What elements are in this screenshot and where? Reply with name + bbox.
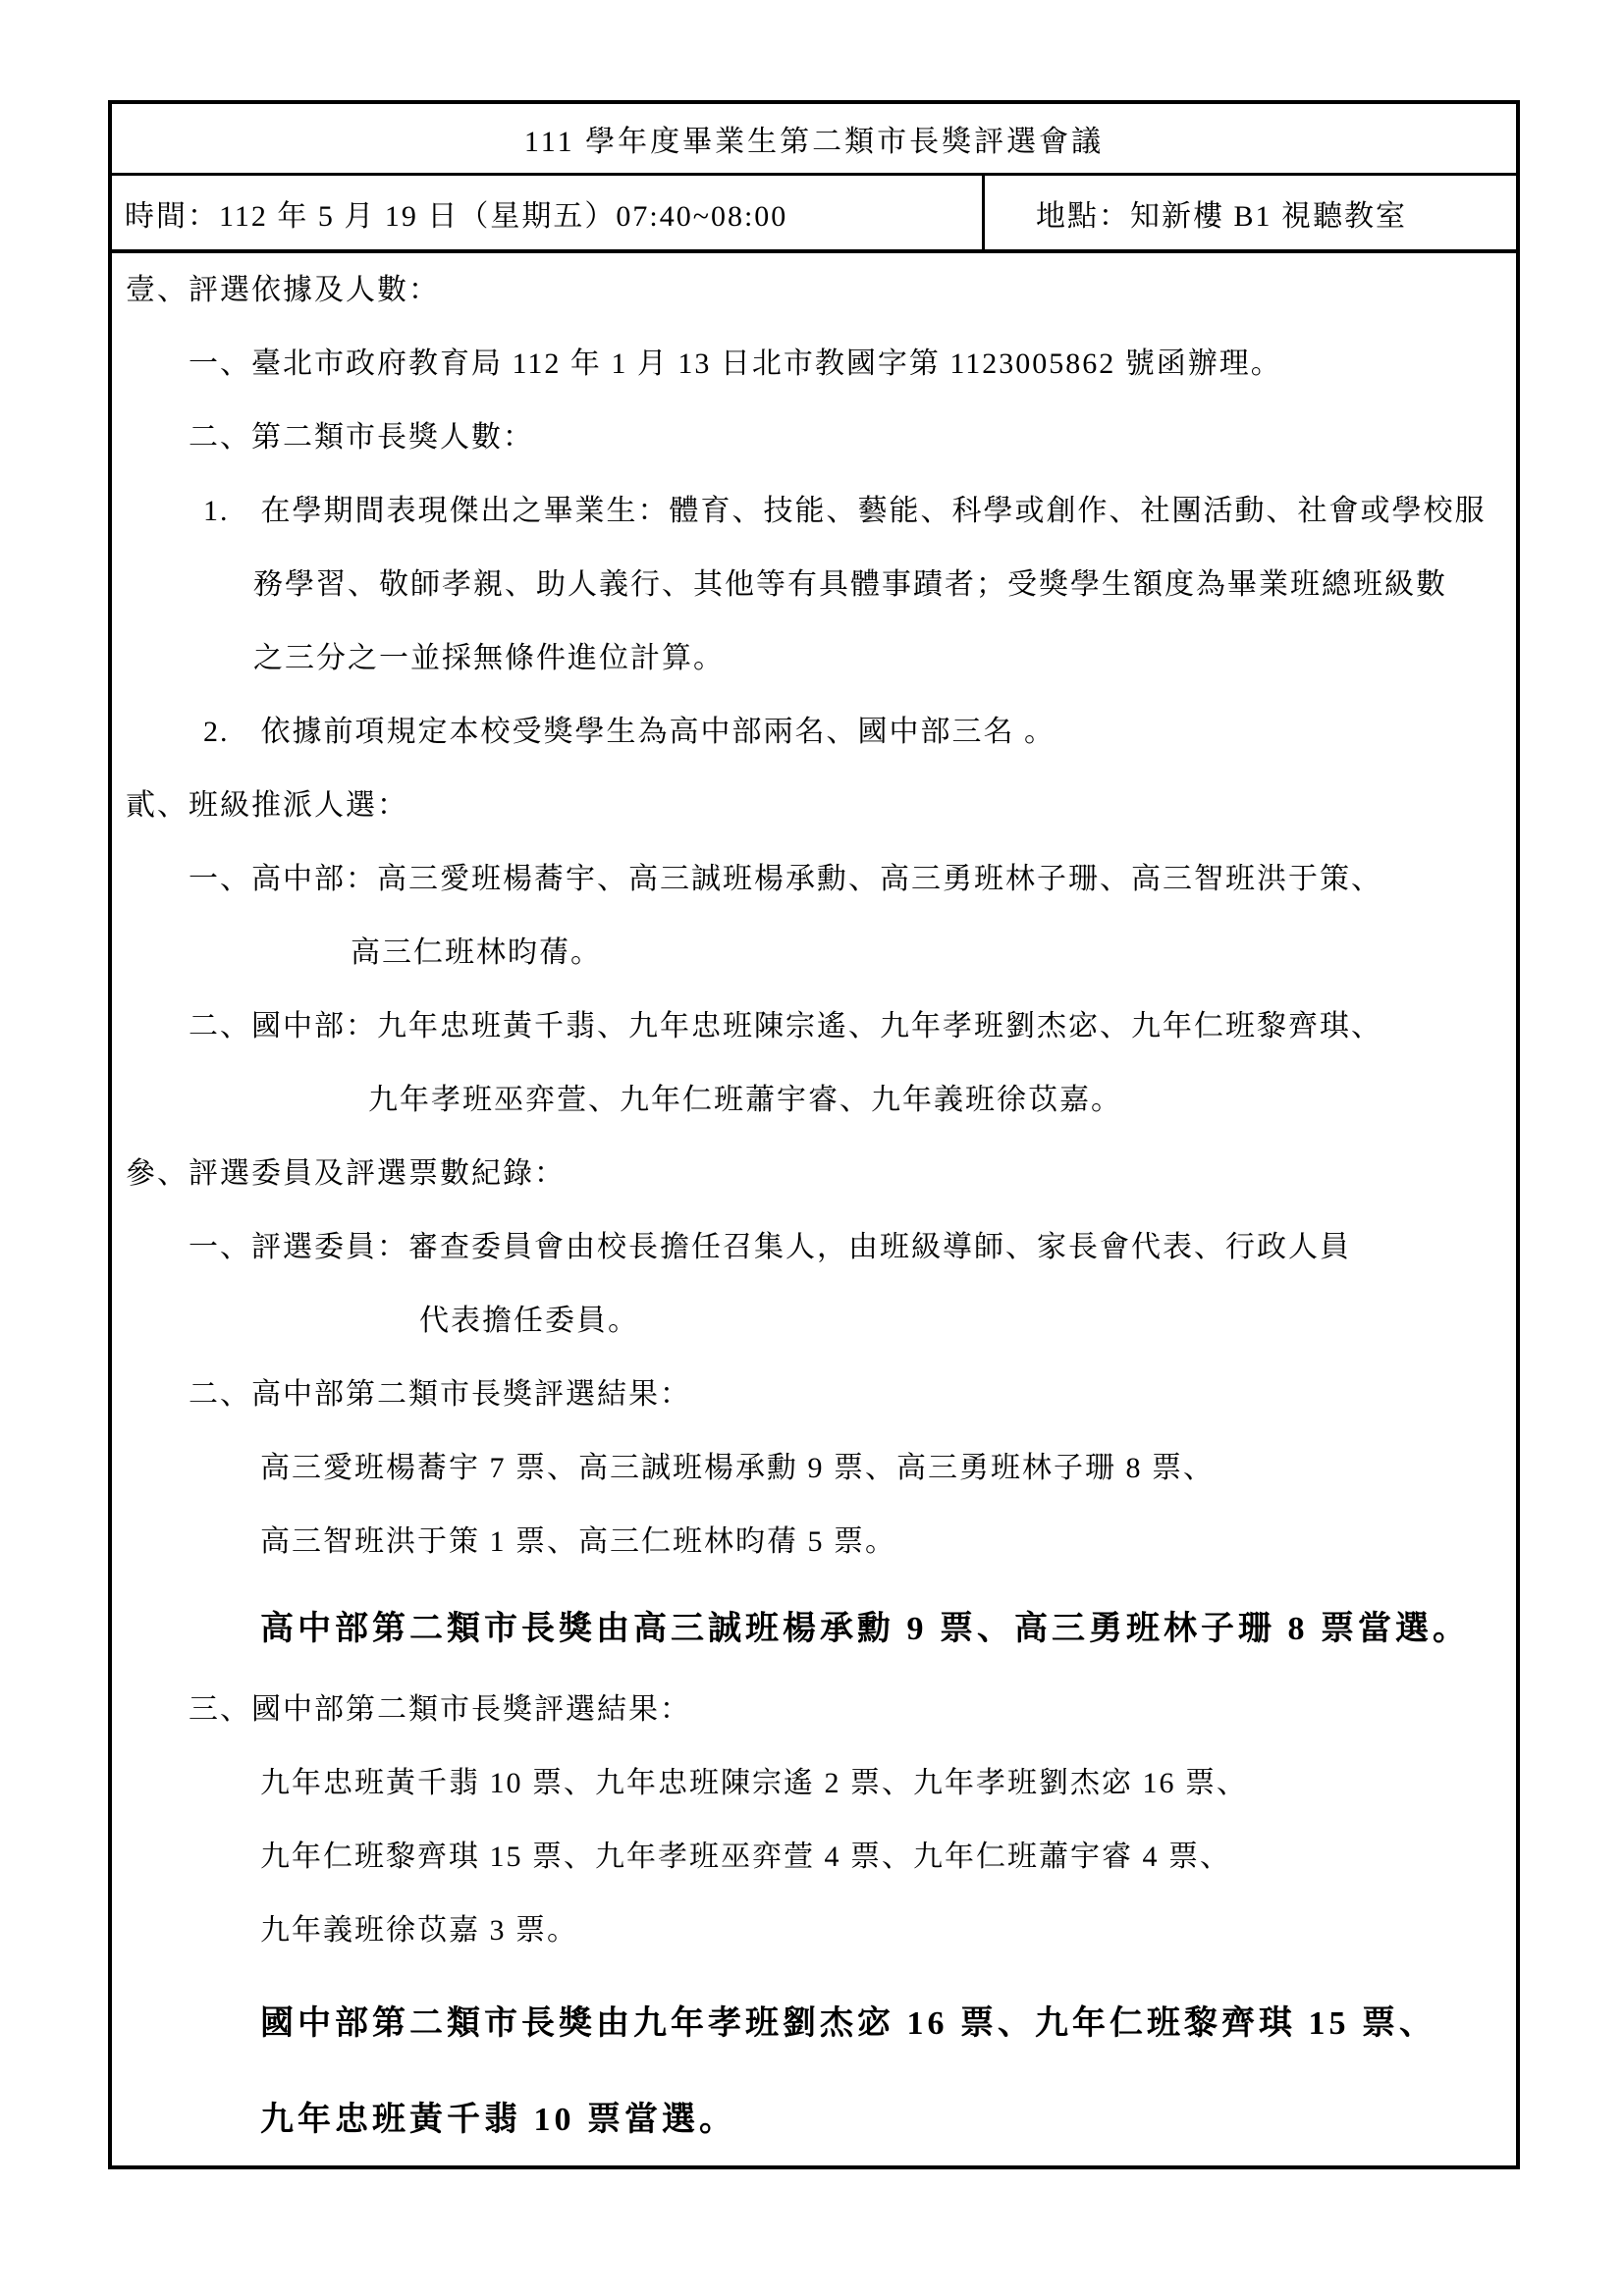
doc-line: 代表擔任委員。 xyxy=(112,1284,1516,1358)
doc-line: 務學習、敬師孝親、助人義行、其他等有具體事蹟者；受獎學生額度為畢業班總班級數 xyxy=(112,548,1516,621)
doc-line-section-1: 壹、評選依據及人數： xyxy=(112,253,1516,327)
doc-line: 高三智班洪于策 1 票、高三仁班林昀蒨 5 票。 xyxy=(112,1505,1516,1578)
doc-line: 高三仁班林昀蒨。 xyxy=(112,916,1516,989)
doc-body: 壹、評選依據及人數： 一、臺北市政府教育局 112 年 1 月 13 日北市教國… xyxy=(112,253,1516,2165)
doc-line: 一、評選委員：審查委員會由校長擔任召集人，由班級導師、家長會代表、行政人員 xyxy=(112,1210,1516,1284)
doc-line: 二、國中部：九年忠班黃千翡、九年忠班陳宗遙、九年孝班劉杰宓、九年仁班黎齊琪、 xyxy=(112,989,1516,1063)
document-table: 111 學年度畢業生第二類市長獎評選會議 時間：112 年 5 月 19 日（星… xyxy=(108,100,1520,2169)
doc-line: 一、高中部：高三愛班楊蕎宇、高三誠班楊承勳、高三勇班林子珊、高三智班洪于策、 xyxy=(112,842,1516,916)
doc-line: 高三愛班楊蕎宇 7 票、高三誠班楊承勳 9 票、高三勇班林子珊 8 票、 xyxy=(112,1431,1516,1505)
doc-line: 一、臺北市政府教育局 112 年 1 月 13 日北市教國字第 11230058… xyxy=(112,327,1516,400)
doc-line-juniorhigh-winners2: 九年忠班黃千翡 10 票當選。 xyxy=(112,2077,1516,2163)
doc-line: 二、第二類市長獎人數： xyxy=(112,400,1516,474)
doc-line: 三、國中部第二類市長獎評選結果： xyxy=(112,1673,1516,1746)
doc-line: 二、高中部第二類市長獎評選結果： xyxy=(112,1358,1516,1431)
info-row: 時間：112 年 5 月 19 日（星期五）07:40~08:00 地點：知新樓… xyxy=(112,176,1516,253)
meeting-time: 時間：112 年 5 月 19 日（星期五）07:40~08:00 xyxy=(112,176,985,249)
doc-line: 1. 在學期間表現傑出之畢業生：體育、技能、藝能、科學或創作、社團活動、社會或學… xyxy=(112,474,1516,548)
doc-line-highschool-winners: 高中部第二類市長獎由高三誠班楊承勳 9 票、高三勇班林子珊 8 票當選。 xyxy=(112,1586,1516,1673)
doc-line: 2. 依據前項規定本校受獎學生為高中部兩名、國中部三名 。 xyxy=(112,695,1516,769)
doc-line: 之三分之一並採無條件進位計算。 xyxy=(112,621,1516,695)
doc-line: 九年仁班黎齊琪 15 票、九年孝班巫弈萱 4 票、九年仁班蕭宇睿 4 票、 xyxy=(112,1820,1516,1894)
doc-line: 九年忠班黃千翡 10 票、九年忠班陳宗遙 2 票、九年孝班劉杰宓 16 票、 xyxy=(112,1746,1516,1820)
meeting-location: 地點：知新樓 B1 視聽教室 xyxy=(985,176,1516,249)
doc-line-juniorhigh-winners: 國中部第二類市長獎由九年孝班劉杰宓 16 票、九年仁班黎齊琪 15 票、 xyxy=(112,1981,1516,2067)
doc-line-section-3: 參、評選委員及評選票數紀錄： xyxy=(112,1137,1516,1210)
doc-title: 111 學年度畢業生第二類市長獎評選會議 xyxy=(112,104,1516,176)
doc-line-section-2: 貳、班級推派人選： xyxy=(112,769,1516,842)
doc-line: 九年義班徐苡嘉 3 票。 xyxy=(112,1894,1516,1967)
doc-line: 九年孝班巫弈萱、九年仁班蕭宇睿、九年義班徐苡嘉。 xyxy=(112,1063,1516,1137)
